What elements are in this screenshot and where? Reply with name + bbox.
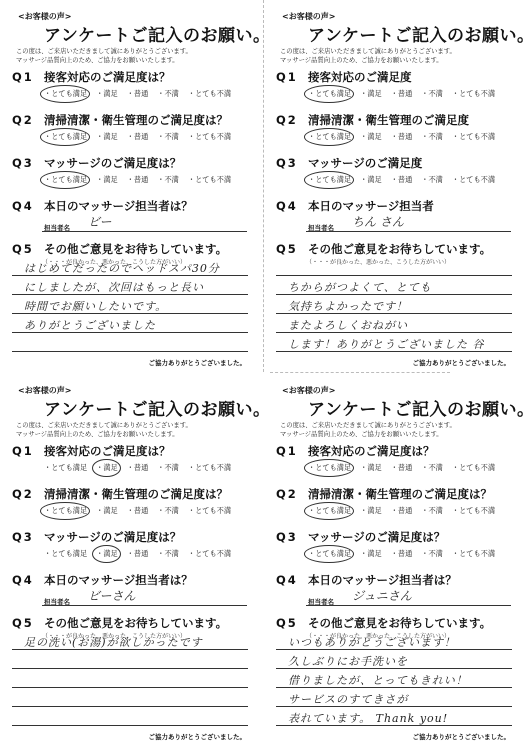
rating-option[interactable]: ・とても満足 [44, 89, 87, 99]
sheet-intro: この度は、ご来店いただきまして誠にありがとうございます。マッサージ品質向上のため… [280, 421, 456, 439]
staff-name-handwritten[interactable]: ちん さん [352, 213, 404, 230]
rating-option[interactable]: ・とても満足 [44, 132, 87, 142]
thanks-note: ご協力ありがとうございました。 [149, 358, 247, 367]
comment-line[interactable]: 時間でお願いしたいです。 [24, 298, 167, 314]
rating-option[interactable]: ・満足 [96, 463, 118, 473]
rating-option[interactable]: ・普通 [127, 506, 149, 516]
comment-rule [276, 668, 512, 669]
rating-option[interactable]: ・不満 [421, 463, 443, 473]
staff-line [42, 605, 247, 606]
question-1: Q1接客対応のご満足度 [276, 69, 412, 85]
survey-sheet-bottom-left: <お客様の声>アンケートご記入のお願い。この度は、ご来店いただきまして誠にありが… [2, 376, 264, 746]
rating-option[interactable]: ・とても不満 [452, 89, 495, 99]
rating-option[interactable]: ・普通 [391, 463, 413, 473]
rating-options-q3: ・とても満足・満足・普通・不満・とても不満 [44, 175, 240, 185]
rating-option[interactable]: ・満足 [360, 463, 382, 473]
comment-line[interactable]: 借りましたが、とってもきれい！ [288, 672, 468, 688]
rating-option[interactable]: ・不満 [421, 549, 443, 559]
rating-option[interactable]: ・とても満足 [44, 463, 87, 473]
rating-option[interactable]: ・とても満足 [308, 549, 351, 559]
rating-option[interactable]: ・不満 [157, 549, 179, 559]
rating-options-q1: ・とても満足・満足・普通・不満・とても不満 [308, 463, 504, 473]
rating-option[interactable]: ・とても満足 [308, 132, 351, 142]
comment-line[interactable]: 表れています。 Thank you! [288, 710, 448, 726]
sheet-title: アンケートご記入のお願い。 [44, 21, 270, 46]
rating-option[interactable]: ・満足 [96, 549, 118, 559]
staff-line [306, 605, 511, 606]
sheet-divider-horizontal [270, 372, 450, 373]
comment-line[interactable]: します！ありがとうございました 谷 [288, 336, 485, 352]
sheet-title: アンケートご記入のお願い。 [44, 395, 270, 420]
rating-options-q1: ・とても満足・満足・普通・不満・とても不満 [44, 463, 240, 473]
rating-option[interactable]: ・普通 [127, 132, 149, 142]
question-2: Q2清掃清潔・衛生管理のご満足度は？ [276, 486, 492, 502]
rating-option[interactable]: ・とても不満 [452, 175, 495, 185]
comment-line[interactable]: またよろしくおねがい [288, 317, 408, 333]
comment-rule [276, 725, 512, 726]
question-5: Q5その他ご意見をお待ちしています。 [12, 615, 227, 631]
rating-option[interactable]: ・満足 [360, 175, 382, 185]
staff-line [42, 231, 247, 232]
rating-option[interactable]: ・普通 [127, 549, 149, 559]
comment-rule [276, 706, 512, 707]
sheet-title: アンケートご記入のお願い。 [308, 21, 531, 46]
rating-option[interactable]: ・普通 [391, 549, 413, 559]
question-2: Q2清掃清潔・衛生管理のご満足度は？ [12, 486, 228, 502]
thanks-note: ご協力ありがとうございました。 [413, 732, 511, 741]
staff-line [306, 231, 511, 232]
rating-option[interactable]: ・とても満足 [308, 463, 351, 473]
comment-rule [12, 687, 248, 688]
rating-option[interactable]: ・とても不満 [188, 506, 231, 516]
rating-option[interactable]: ・とても不満 [188, 89, 231, 99]
question-1: Q1接客対応のご満足度は？ [276, 443, 435, 459]
sheet-intro: この度は、ご来店いただきまして誠にありがとうございます。マッサージ品質向上のため… [280, 47, 456, 65]
rating-option[interactable]: ・普通 [127, 175, 149, 185]
comment-rule [276, 313, 512, 314]
rating-option[interactable]: ・普通 [391, 175, 413, 185]
comment-line[interactable]: 気持ちよかったです！ [288, 298, 408, 314]
thanks-note: ご協力ありがとうございました。 [413, 358, 511, 367]
rating-option[interactable]: ・不満 [157, 132, 179, 142]
question-1: Q1接客対応のご満足度は？ [12, 69, 171, 85]
rating-option[interactable]: ・とても不満 [188, 463, 231, 473]
rating-option[interactable]: ・とても不満 [452, 506, 495, 516]
rating-option[interactable]: ・とても不満 [452, 463, 495, 473]
rating-option[interactable]: ・とても不満 [452, 549, 495, 559]
rating-options-q2: ・とても満足・満足・普通・不満・とても不満 [44, 506, 240, 516]
comment-rule [276, 332, 512, 333]
rating-option[interactable]: ・とても満足 [44, 506, 87, 516]
question-3: Q3マッサージのご満足度は？ [276, 529, 445, 545]
rating-option[interactable]: ・普通 [127, 89, 149, 99]
rating-option[interactable]: ・満足 [360, 506, 382, 516]
rating-option[interactable]: ・不満 [157, 506, 179, 516]
comment-rule [276, 294, 512, 295]
rating-option[interactable]: ・普通 [391, 89, 413, 99]
rating-option[interactable]: ・とても不満 [188, 132, 231, 142]
comment-line[interactable]: はじめてだったのでヘッドスパ30分 [24, 260, 220, 276]
question-4: Q4本日のマッサージ担当者は？ [12, 572, 193, 588]
comment-rule [12, 275, 248, 276]
rating-option[interactable]: ・とても満足 [308, 506, 351, 516]
survey-sheet-top-left: <お客様の声>アンケートご記入のお願い。この度は、ご来店いただきまして誠にありが… [2, 2, 264, 372]
rating-option[interactable]: ・普通 [391, 506, 413, 516]
rating-option[interactable]: ・不満 [157, 463, 179, 473]
question-4: Q4本日のマッサージ担当者は？ [12, 198, 193, 214]
question-5: Q5その他ご意見をお待ちしています。 [12, 241, 227, 257]
question-5: Q5その他ご意見をお待ちしています。 [276, 615, 491, 631]
staff-name-handwritten[interactable]: ジュニさん [352, 587, 412, 604]
sheet-title: アンケートご記入のお願い。 [308, 395, 531, 420]
staff-name-handwritten[interactable]: ビーさん [88, 587, 136, 604]
sheet-intro: この度は、ご来店いただきまして誠にありがとうございます。マッサージ品質向上のため… [16, 421, 192, 439]
comment-hint: （・・・が良かった、悪かった、こうした方がいい） [306, 257, 450, 266]
comment-line[interactable]: 足の洗い(お湯)が欲しかったです [24, 634, 203, 650]
rating-option[interactable]: ・不満 [157, 89, 179, 99]
rating-option[interactable]: ・満足 [96, 175, 118, 185]
comment-rule [276, 351, 512, 352]
rating-option[interactable]: ・満足 [360, 132, 382, 142]
rating-option[interactable]: ・とても満足 [308, 175, 351, 185]
rating-option[interactable]: ・不満 [421, 175, 443, 185]
rating-option[interactable]: ・満足 [96, 506, 118, 516]
rating-options-q3: ・とても満足・満足・普通・不満・とても不満 [308, 549, 504, 559]
rating-option[interactable]: ・とても満足 [44, 549, 87, 559]
rating-option[interactable]: ・とても不満 [188, 549, 231, 559]
rating-option[interactable]: ・不満 [421, 132, 443, 142]
rating-option[interactable]: ・不満 [421, 89, 443, 99]
comment-line[interactable]: ちからがつよくて、とても [288, 279, 432, 295]
question-4: Q4本日のマッサージ担当者 [276, 198, 434, 214]
rating-options-q2: ・とても満足・満足・普通・不満・とても不満 [308, 506, 504, 516]
rating-option[interactable]: ・とても満足 [44, 175, 87, 185]
rating-option[interactable]: ・満足 [360, 89, 382, 99]
survey-sheet-top-right: <お客様の声>アンケートご記入のお願い。この度は、ご来店いただきまして誠にありが… [266, 2, 528, 372]
question-2: Q2清掃清潔・衛生管理のご満足度 [276, 112, 469, 128]
comment-line[interactable]: ありがとうございました [24, 317, 156, 333]
question-3: Q3マッサージのご満足度は？ [12, 155, 181, 171]
question-5: Q5その他ご意見をお待ちしています。 [276, 241, 491, 257]
rating-option[interactable]: ・満足 [96, 132, 118, 142]
rating-option[interactable]: ・不満 [157, 175, 179, 185]
question-4: Q4本日のマッサージ担当者は？ [276, 572, 457, 588]
comment-rule [12, 706, 248, 707]
rating-options-q3: ・とても満足・満足・普通・不満・とても不満 [308, 175, 504, 185]
rating-options-q2: ・とても満足・満足・普通・不満・とても不満 [44, 132, 240, 142]
rating-options-q1: ・とても満足・満足・普通・不満・とても不満 [308, 89, 504, 99]
comment-rule [12, 351, 248, 352]
sheet-intro: この度は、ご来店いただきまして誠にありがとうございます。マッサージ品質向上のため… [16, 47, 192, 65]
comment-rule [276, 687, 512, 688]
rating-option[interactable]: ・満足 [360, 549, 382, 559]
survey-sheet-bottom-right: <お客様の声>アンケートご記入のお願い。この度は、ご来店いただきまして誠にありが… [266, 376, 528, 746]
comment-rule [276, 649, 512, 650]
rating-option[interactable]: ・とても不満 [452, 132, 495, 142]
comment-rule [12, 649, 248, 650]
comment-line[interactable]: 久しぶりにお手洗いを [288, 653, 408, 669]
question-1: Q1接客対応のご満足度は？ [12, 443, 171, 459]
rating-options-q2: ・とても満足・満足・普通・不満・とても不満 [308, 132, 504, 142]
rating-options-q3: ・とても満足・満足・普通・不満・とても不満 [44, 549, 240, 559]
question-3: Q3マッサージのご満足度 [276, 155, 422, 171]
rating-options-q1: ・とても満足・満足・普通・不満・とても不満 [44, 89, 240, 99]
comment-rule [276, 275, 512, 276]
comment-rule [12, 668, 248, 669]
rating-option[interactable]: ・とても不満 [188, 175, 231, 185]
staff-name-handwritten[interactable]: ビー [88, 213, 112, 230]
rating-option[interactable]: ・満足 [96, 89, 118, 99]
comment-line[interactable]: にしましたが、次回はもっと長い [24, 279, 204, 295]
comment-rule [12, 725, 248, 726]
rating-option[interactable]: ・不満 [421, 506, 443, 516]
comment-rule [12, 313, 248, 314]
question-2: Q2清掃清潔・衛生管理のご満足度は？ [12, 112, 228, 128]
question-3: Q3マッサージのご満足度は？ [12, 529, 181, 545]
rating-option[interactable]: ・普通 [391, 132, 413, 142]
rating-option[interactable]: ・普通 [127, 463, 149, 473]
thanks-note: ご協力ありがとうございました。 [149, 732, 247, 741]
rating-option[interactable]: ・とても満足 [308, 89, 351, 99]
comment-rule [12, 294, 248, 295]
comment-line[interactable]: いつもありがとうございます！ [288, 634, 456, 650]
comment-rule [12, 332, 248, 333]
comment-line[interactable]: サービスのすてきさが [288, 691, 408, 707]
